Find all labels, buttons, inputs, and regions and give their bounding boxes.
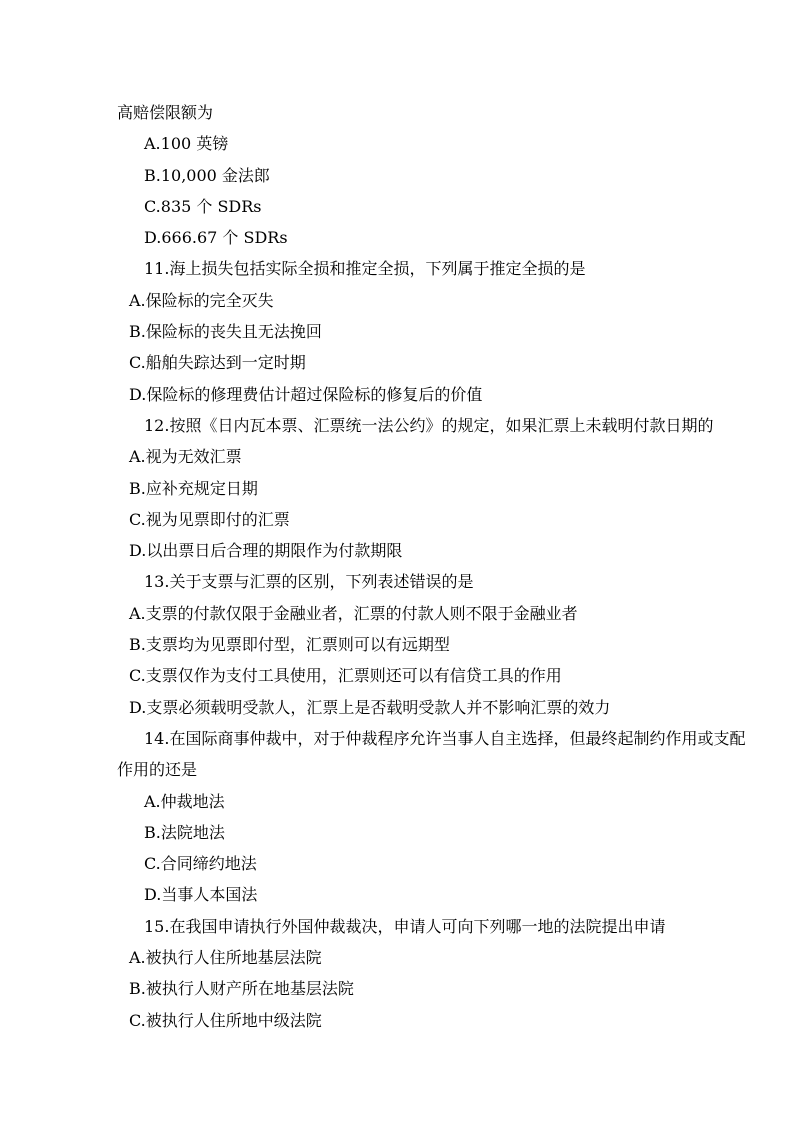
q10-option-c: C.835 个 SDRs — [0, 191, 794, 222]
q14-option-b: B.法院地法 — [0, 817, 794, 848]
q14-option-c: C.合同缔约地法 — [0, 848, 794, 879]
q12-option-a: A.视为无效汇票 — [0, 441, 794, 472]
q11-option-d: D.保险标的修理费估计超过保险标的修复后的价值 — [0, 379, 794, 410]
q14-stem-line1: 14.在国际商事仲裁中，对于仲裁程序允许当事人自主选择，但最终起制约作用或支配 — [0, 723, 794, 754]
q13-option-b: B.支票均为见票即付型，汇票则可以有远期型 — [0, 629, 794, 660]
q15-option-b: B.被执行人财产所在地基层法院 — [0, 973, 794, 1004]
q10-option-a: A.100 英镑 — [0, 128, 794, 159]
q12-option-b: B.应补充规定日期 — [0, 473, 794, 504]
exam-text-block: 高赔偿限额为A.100 英镑B.10,000 金法郎C.835 个 SDRsD.… — [0, 97, 794, 1036]
q13-option-c: C.支票仅作为支付工具使用，汇票则还可以有信贷工具的作用 — [0, 660, 794, 691]
q15-option-c: C.被执行人住所地中级法院 — [0, 1005, 794, 1036]
q15-option-a: A.被执行人住所地基层法院 — [0, 942, 794, 973]
q13-option-a: A.支票的付款仅限于金融业者，汇票的付款人则不限于金融业者 — [0, 598, 794, 629]
q11-option-b: B.保险标的丧失且无法挽回 — [0, 316, 794, 347]
q13-option-d: D.支票必须载明受款人，汇票上是否载明受款人并不影响汇票的效力 — [0, 692, 794, 723]
q14-stem-line2: 作用的还是 — [0, 754, 794, 785]
q11-stem: 11.海上损失包括实际全损和推定全损，下列属于推定全损的是 — [0, 253, 794, 284]
q14-option-d: D.当事人本国法 — [0, 879, 794, 910]
q14-option-a: A.仲裁地法 — [0, 786, 794, 817]
q12-option-c: C.视为见票即付的汇票 — [0, 504, 794, 535]
q12-option-d: D.以出票日后合理的期限作为付款期限 — [0, 535, 794, 566]
q15-stem: 15.在我国申请执行外国仲裁裁决，申请人可向下列哪一地的法院提出申请 — [0, 911, 794, 942]
q10-option-b: B.10,000 金法郎 — [0, 160, 794, 191]
q12-stem: 12.按照《日内瓦本票、汇票统一法公约》的规定，如果汇票上未载明付款日期的 — [0, 410, 794, 441]
q13-stem: 13.关于支票与汇票的区别，下列表述错误的是 — [0, 566, 794, 597]
q10-option-d: D.666.67 个 SDRs — [0, 222, 794, 253]
q11-option-c: C.船舶失踪达到一定时期 — [0, 347, 794, 378]
document-page: 高赔偿限额为A.100 英镑B.10,000 金法郎C.835 个 SDRsD.… — [0, 0, 794, 1123]
q10-stem-continuation: 高赔偿限额为 — [0, 97, 794, 128]
q11-option-a: A.保险标的完全灭失 — [0, 285, 794, 316]
